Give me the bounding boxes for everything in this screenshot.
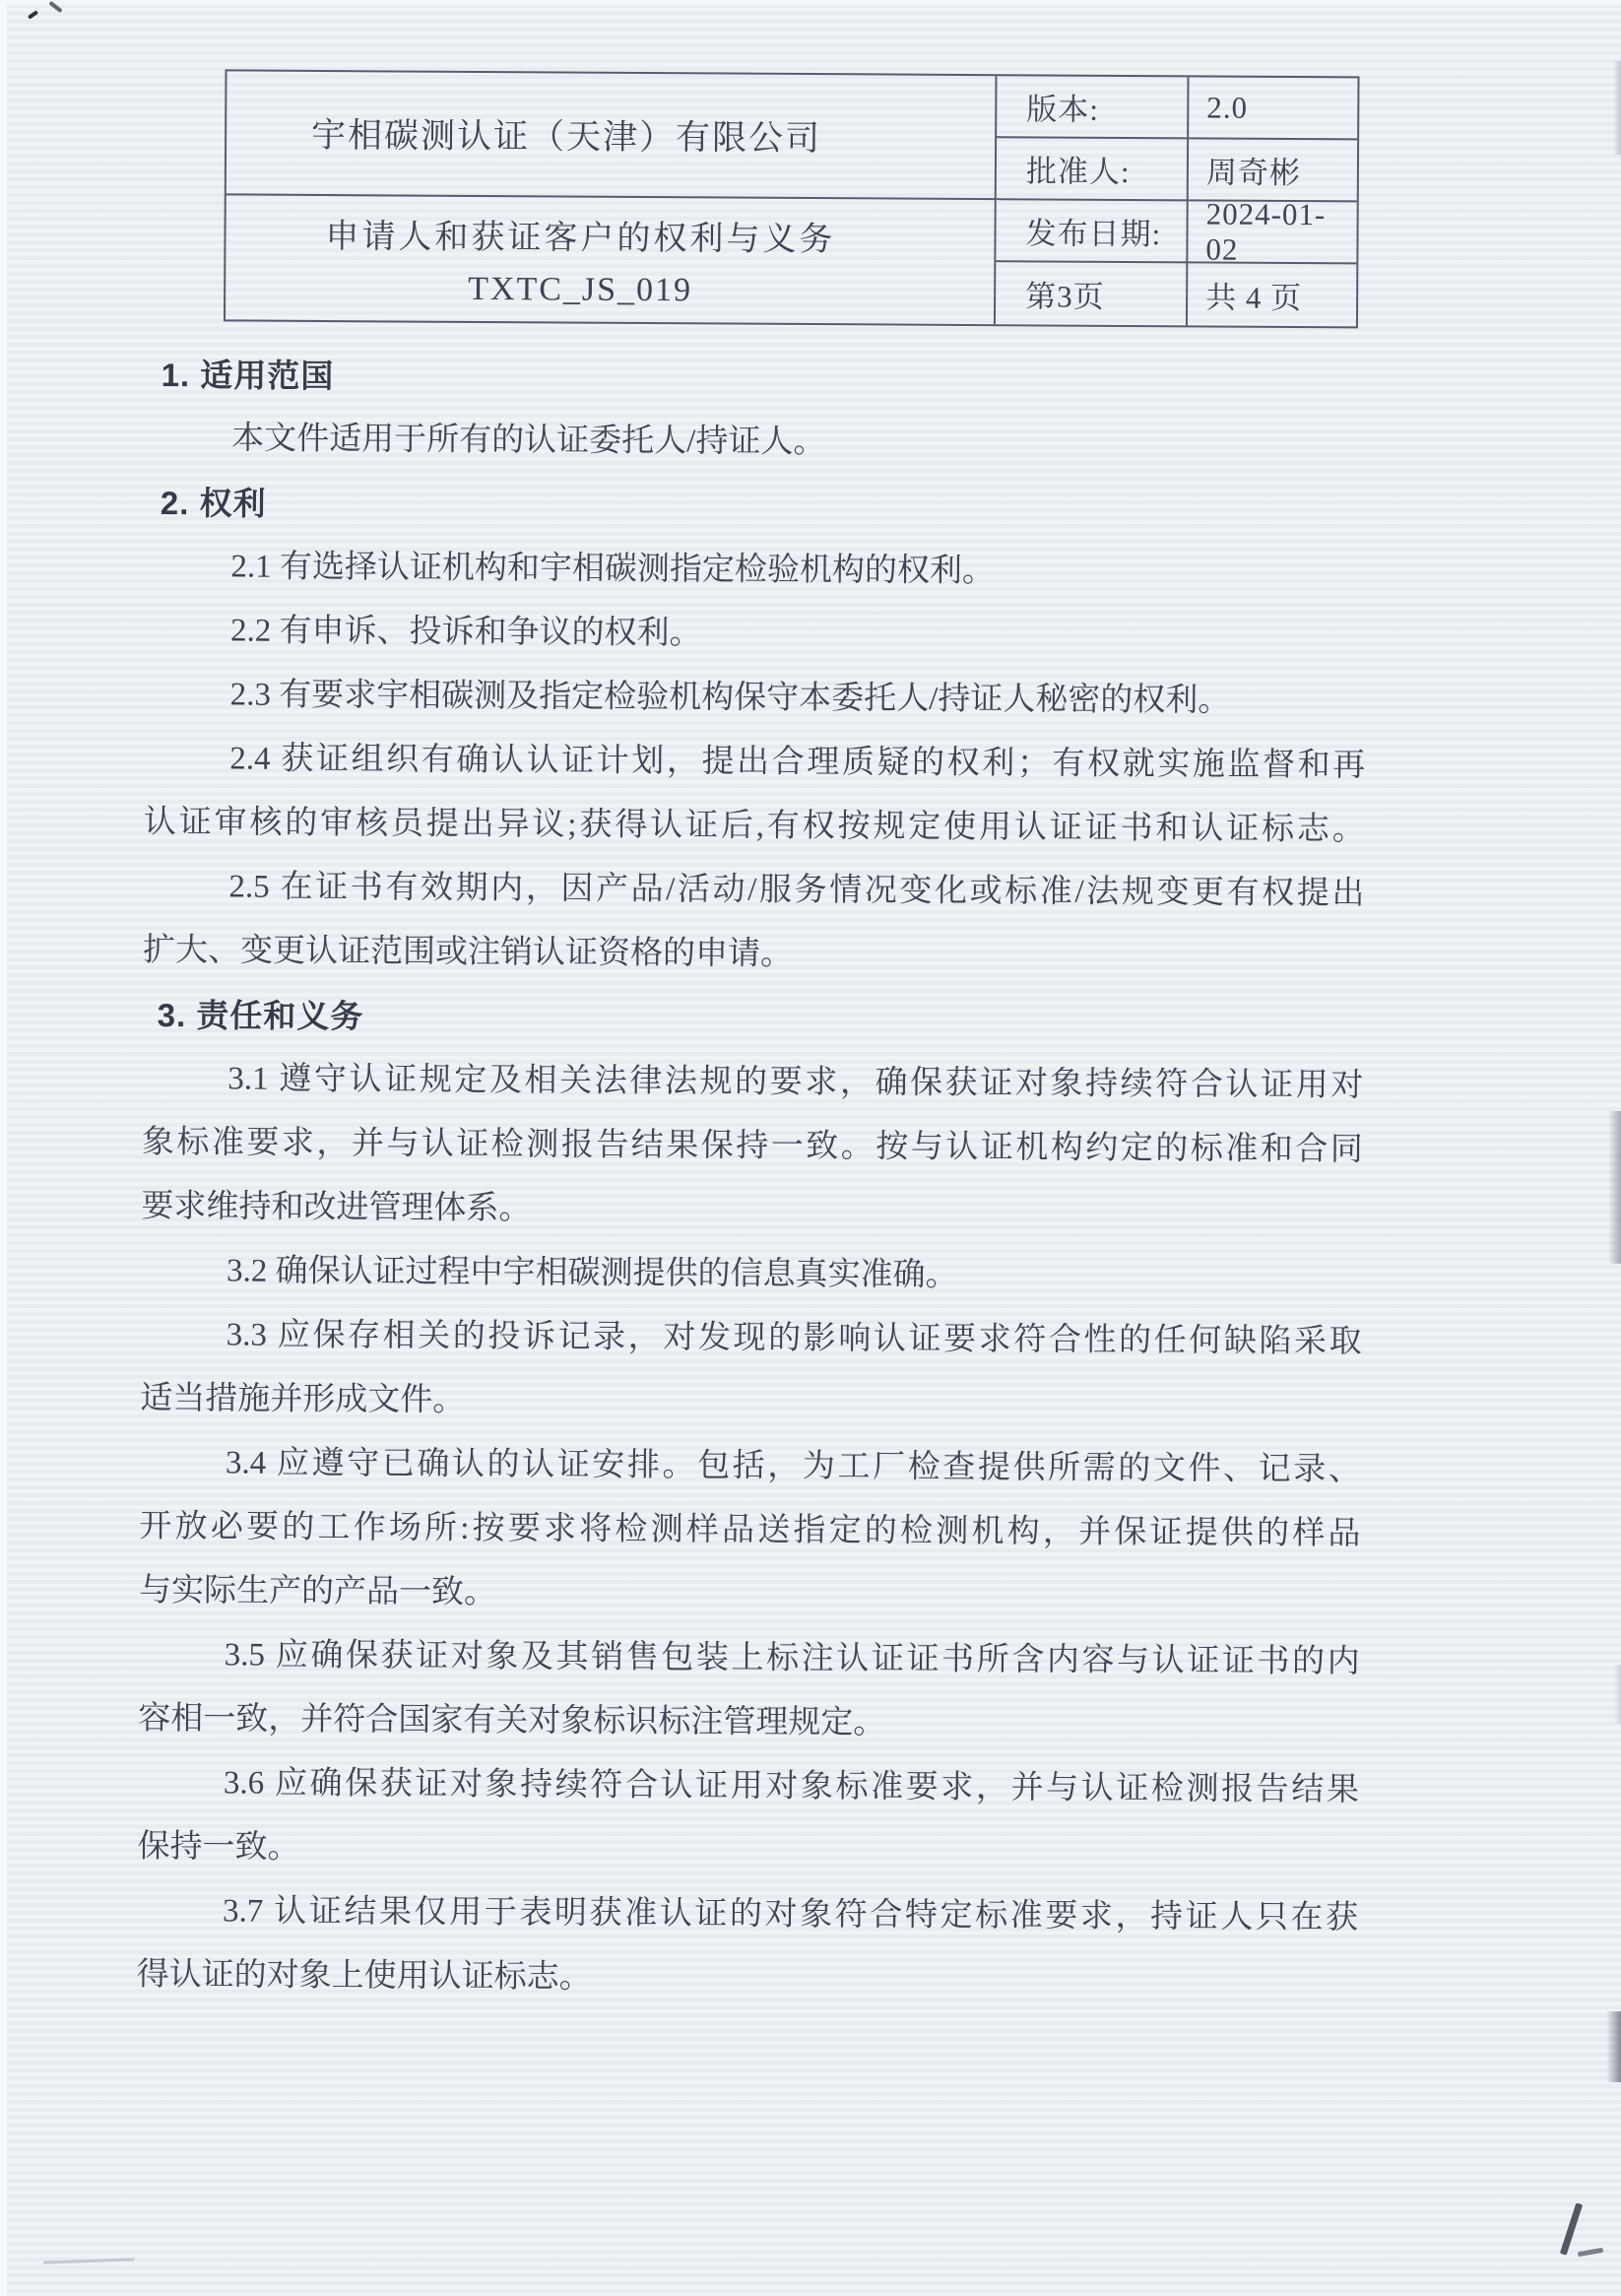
body-line: 容相一致，并符合国家有关对象标识标注管理规定。 xyxy=(138,1687,1359,1759)
version-label: 版本: xyxy=(997,76,1189,139)
body-line: 3.1 遵守认证规定及相关法律法规的要求，确保获证对象持续符合认证用对 xyxy=(142,1047,1363,1119)
body-line: 扩大、变更认证范围或注销认证资格的申请。 xyxy=(143,919,1364,991)
body-line: 2.1 有选择认证机构和宇相碳测指定检验机构的权利。 xyxy=(145,535,1366,607)
release-date-label: 发布日期: xyxy=(996,200,1188,263)
document-body: 1. 适用范国 本文件适用于所有的认证委托人/持证人。 2. 权利 2.1 有选… xyxy=(137,343,1368,2015)
body-line: 2.2 有申诉、投诉和争议的权利。 xyxy=(145,599,1366,671)
document-header-table: 宇相碳测认证（天津）有限公司 版本: 2.0 批准人: 周奇彬 申请人和获证客户… xyxy=(224,69,1360,328)
approver-value: 周奇彬 xyxy=(1189,139,1357,202)
body-line: 3.3 应保存相关的投诉记录，对发现的影响认证要求符合性的任何缺陷采取 xyxy=(140,1303,1361,1375)
document-title: 申请人和获证客户的权利与义务 xyxy=(325,209,835,260)
body-line: 认证审核的审核员提出异议;获得认证后,有权按规定使用认证证书和认证标志。 xyxy=(144,791,1365,863)
body-line: 3.2 确保认证过程中宇相碳测提供的信息真实准确。 xyxy=(141,1239,1362,1311)
section-heading-scope: 1. 适用范国 xyxy=(161,343,1367,414)
document-title-cell: 申请人和获证客户的权利与义务 TXTC_JS_019 xyxy=(226,195,997,324)
page-number-label: 第3页 xyxy=(996,262,1188,325)
scanned-document-page: 宇相碳测认证（天津）有限公司 版本: 2.0 批准人: 周奇彬 申请人和获证客户… xyxy=(0,0,1621,2296)
approver-label: 批准人: xyxy=(997,138,1189,201)
document-content: 宇相碳测认证（天津）有限公司 版本: 2.0 批准人: 周奇彬 申请人和获证客户… xyxy=(0,0,1621,2296)
body-line: 开放必要的工作场所:按要求将检测样品送指定的检测机构，并保证提供的样品 xyxy=(139,1495,1360,1567)
body-line: 与实际生产的产品一致。 xyxy=(139,1559,1360,1631)
company-name: 宇相碳测认证（天津）有限公司 xyxy=(227,71,998,200)
body-line: 2.4 获证组织有确认认证计划，提出合理质疑的权利；有权就实施监督和再 xyxy=(144,727,1365,799)
body-line: 本文件适用于所有的认证委托人/持证人。 xyxy=(146,407,1367,479)
body-line: 3.5 应确保获证对象及其销售包装上标注认证证书所含内容与认证证书的内 xyxy=(139,1623,1360,1695)
document-code: TXTC_JS_019 xyxy=(468,271,692,309)
version-value: 2.0 xyxy=(1189,77,1357,140)
body-line: 3.6 应确保获证对象持续符合认证用对象标准要求，并与认证检测报告结果 xyxy=(138,1751,1359,1823)
scan-streak-right-small xyxy=(1614,1665,1621,1724)
body-line: 2.3 有要求宇相碳测及指定检验机构保守本委托人/持证人秘密的权利。 xyxy=(144,663,1365,735)
body-line: 2.5 在证书有效期内，因产品/活动/服务情况变化或标准/法规变更有权提出 xyxy=(143,855,1364,927)
body-line: 要求维持和改进管理体系。 xyxy=(141,1175,1362,1247)
body-line: 象标准要求，并与认证检测报告结果保持一致。按与认证机构约定的标准和合同 xyxy=(142,1111,1363,1183)
body-line: 3.4 应遵守已确认的认证安排。包括，为工厂检查提供所需的文件、记录、 xyxy=(140,1431,1361,1503)
body-line: 得认证的对象上使用认证标志。 xyxy=(137,1943,1358,2015)
section-heading-duties: 3. 责任和义务 xyxy=(157,983,1363,1054)
section-heading-rights: 2. 权利 xyxy=(161,471,1367,542)
body-line: 保持一致。 xyxy=(137,1815,1358,1887)
total-pages-value: 共 4 页 xyxy=(1188,263,1356,326)
body-line: 3.7 认证结果仅用于表明获准认证的对象符合特定标准要求，持证人只在获 xyxy=(137,1879,1358,1951)
body-line: 适当措施并形成文件。 xyxy=(140,1367,1361,1439)
release-date-value: 2024-01-02 xyxy=(1188,201,1356,264)
